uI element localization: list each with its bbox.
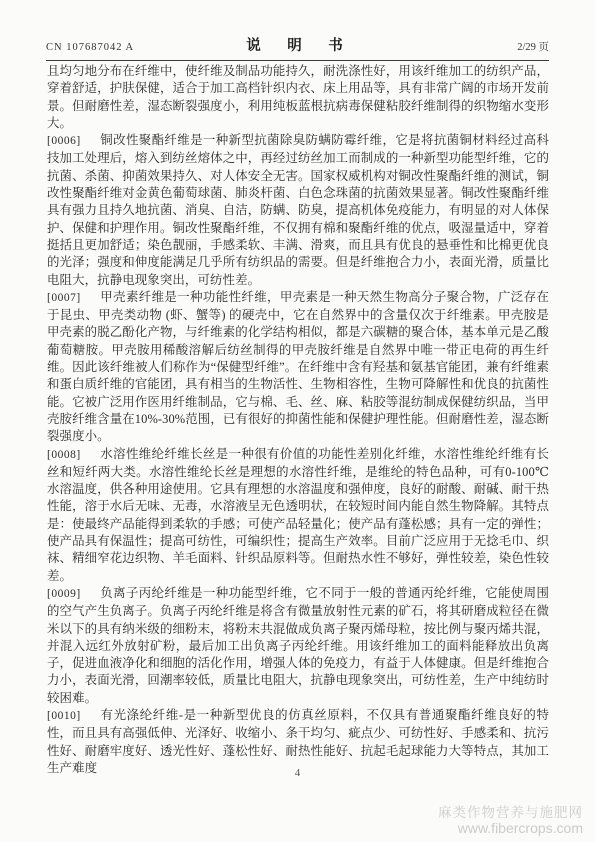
document-title: 说 明 书 — [214, 34, 382, 55]
paragraph-continuation: 且均匀地分布在纤维中，使纤维及制品功能持久，耐洗涤性好，用该纤维加工的纺织产品，… — [47, 63, 549, 132]
paragraph-text: 有光涤纶纤维-是一种新型优良的仿真丝原料，不仅具有普通聚酯纤维良好的特性，而且具… — [47, 708, 549, 775]
specification-body: 且均匀地分布在纤维中，使纤维及制品功能持久，耐洗涤性好，用该纤维加工的纺织产品，… — [47, 63, 549, 777]
page-indicator: 2/29 页 — [381, 39, 549, 54]
paragraph-text: 且均匀地分布在纤维中，使纤维及制品功能持久，耐洗涤性好，用该纤维加工的纺织产品，… — [47, 64, 549, 130]
document-number: CN 107687042 A — [46, 42, 214, 53]
paragraph-label: [0008] — [47, 447, 100, 464]
paragraph-0008: [0008]水溶性维纶纤维长丝是一种很有价值的功能性差别化纤维，水溶性维纶纤维有… — [47, 446, 549, 585]
watermark-site-url: www.fibercrops.com — [438, 820, 583, 836]
paragraph-text: 铜改性聚酯纤维是一种新型抗菌除臭防螨防霉纤维，它是将抗菌铜材料经过高科技加工处理… — [47, 133, 549, 286]
page-number: 4 — [0, 767, 595, 779]
paragraph-label: [0007] — [47, 290, 100, 307]
watermark-site-name: 麻类作物营养与施肥网 — [438, 805, 583, 820]
paragraph-text: 水溶性维纶纤维长丝是一种很有价值的功能性差别化纤维，水溶性维纶纤维有长丝和短纤两… — [47, 447, 549, 583]
paragraph-text: 甲壳素纤维是一种功能性纤维，甲壳素是一种天然生物高分子聚合物，广泛存在于昆虫、甲… — [47, 290, 549, 443]
watermark: 麻类作物营养与施肥网 www.fibercrops.com — [438, 805, 583, 836]
paragraph-0006: [0006]铜改性聚酯纤维是一种新型抗菌除臭防螨防霉纤维，它是将抗菌铜材料经过高… — [47, 132, 549, 289]
paragraph-label: [0006] — [47, 133, 100, 150]
page-header: CN 107687042 A 说 明 书 2/29 页 — [46, 34, 549, 61]
paragraph-label: [0010] — [47, 708, 100, 725]
patent-specification-page: CN 107687042 A 说 明 书 2/29 页 且均匀地分布在纤维中，使… — [0, 0, 595, 842]
paragraph-label: [0009] — [47, 586, 100, 603]
paragraph-0009: [0009]负离子丙纶纤维是一种功能型纤维，它不同于一般的普通丙纶纤维，它能使周… — [47, 585, 549, 707]
paragraph-0007: [0007]甲壳素纤维是一种功能性纤维，甲壳素是一种天然生物高分子聚合物，广泛存… — [47, 289, 549, 446]
paragraph-text: 负离子丙纶纤维是一种功能型纤维，它不同于一般的普通丙纶纤维，它能使周围的空气产生… — [47, 586, 549, 705]
